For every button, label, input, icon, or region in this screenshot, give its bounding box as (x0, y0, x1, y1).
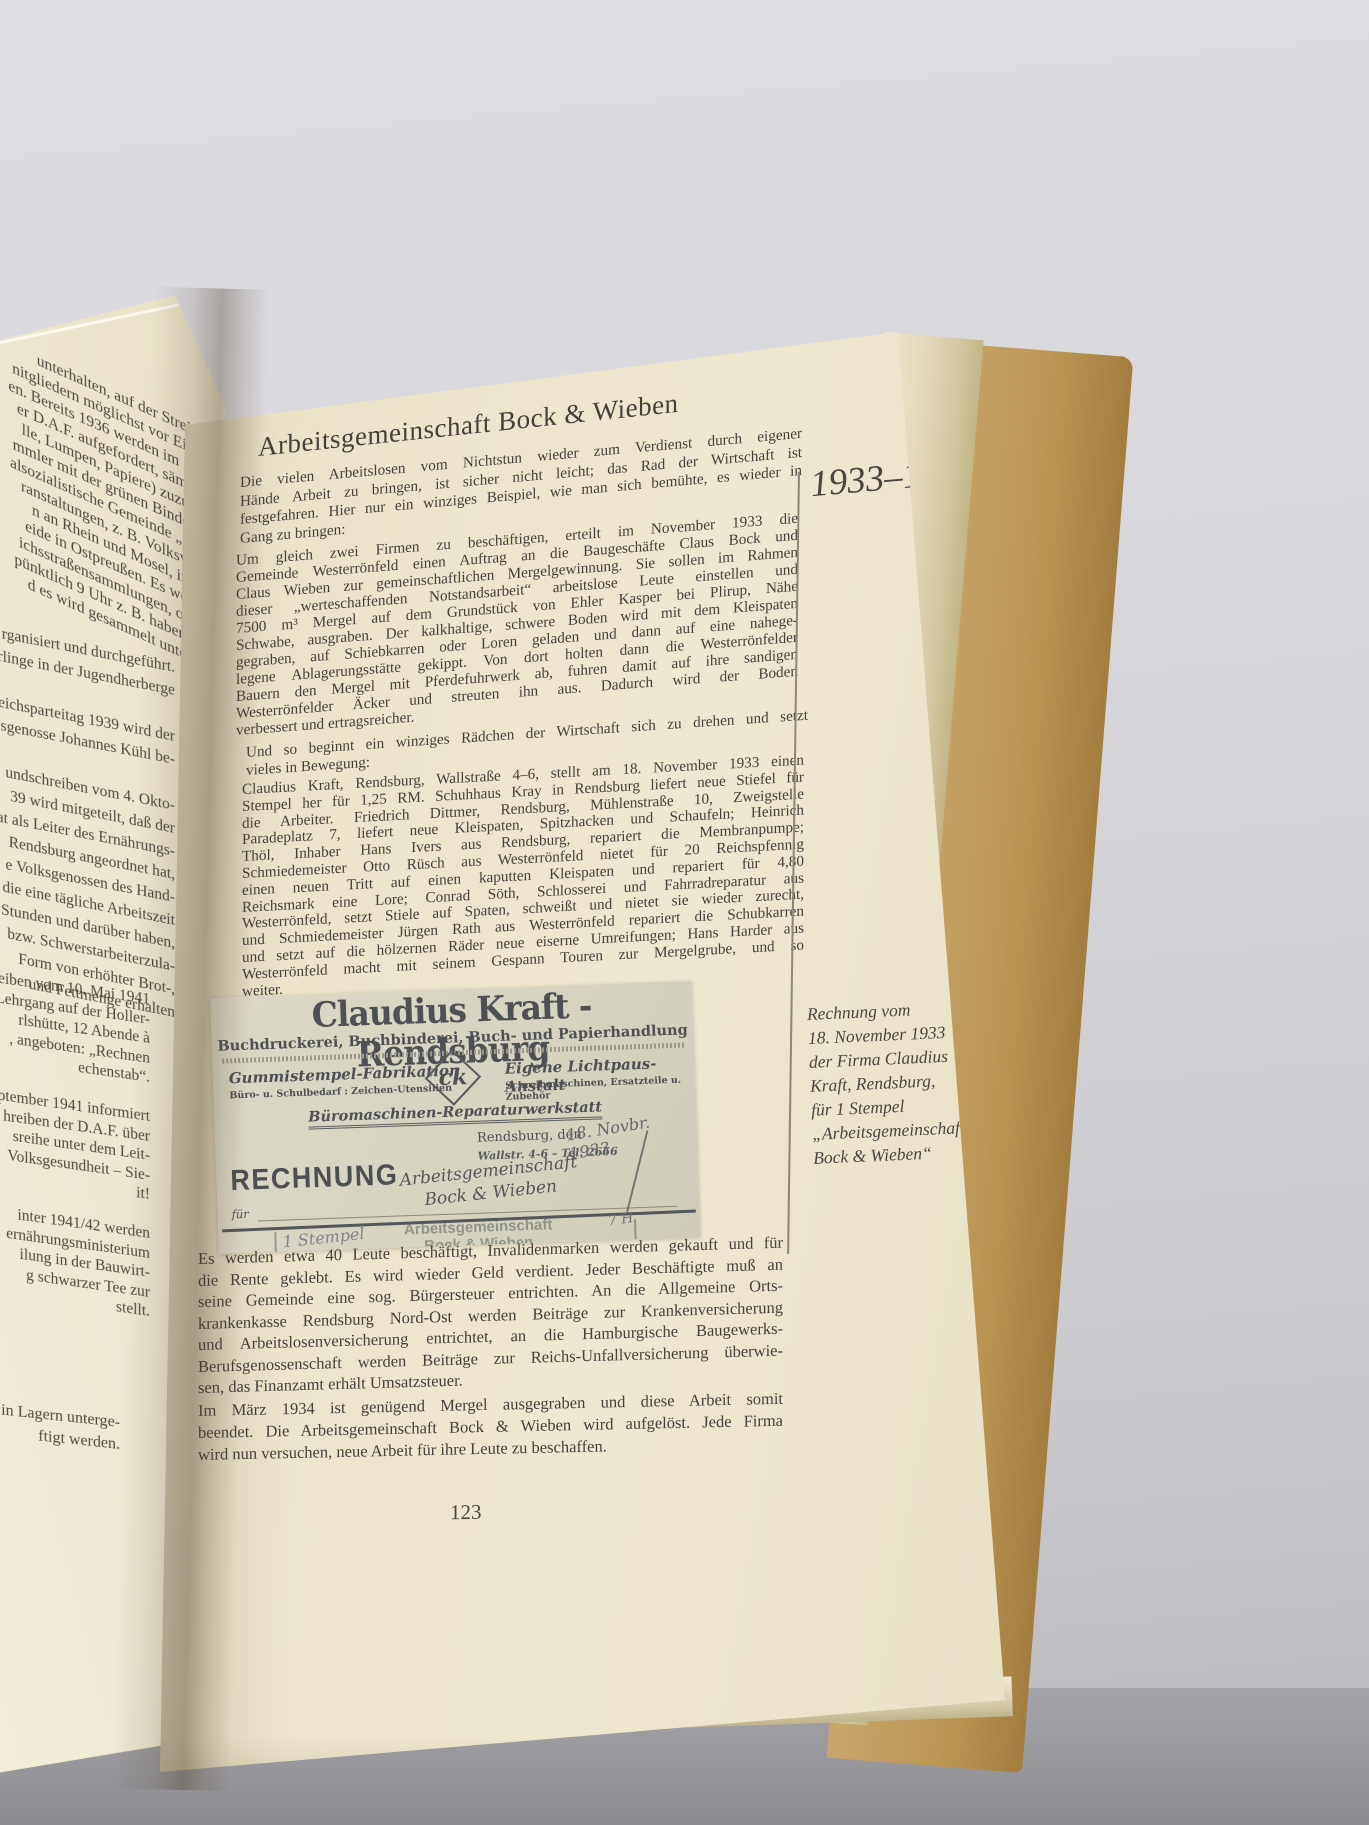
left-page-text-fragment: eiben vom 10. Mai 1941 Lehrgang auf der … (0, 949, 150, 1321)
invoice-service-center-label: Büromaschinen-Reparaturwerkstatt (308, 1098, 603, 1129)
paragraph: Es werden etwa 40 Leute beschäftigt, Inv… (198, 1232, 783, 1399)
ck-monogram-letters: ck (434, 1059, 471, 1096)
page-number: 123 (450, 1500, 482, 1526)
book-photo: { "colors": { "page_paper": "#ece5ca", "… (0, 0, 1369, 1825)
left-page-text-fragment: rganisiert und durchgeführt. hrlinge in … (0, 600, 175, 1024)
paragraph-body: Es werden etwa 40 Leute beschäftigt, Inv… (198, 1232, 783, 1377)
invoice-for-label: für (231, 1207, 249, 1222)
paragraph-body: Claudius Kraft, Rendsburg, Wallstraße 4–… (242, 753, 804, 984)
right-page: Arbeitsgemeinschaft Bock & Wieben Die vi… (150, 320, 1040, 1795)
paragraph: Claudius Kraft, Rendsburg, Wallstraße 4–… (242, 753, 804, 1001)
page-edge-highlight (0, 301, 191, 347)
invoice-customer: Arbeitsgemeinschaft Bock & Wieben (383, 1149, 596, 1215)
paragraph: Um gleich zwei Firmen zu beschäftigen, e… (236, 510, 798, 739)
invoice-figure: Claudius Kraft - Rendsburg Buchdruckerei… (210, 981, 701, 1254)
left-page-text-fragment: in Lagern unterge- ftigt werden. (0, 1382, 120, 1456)
invoice-doc-title: RECHNUNG (230, 1158, 399, 1197)
invoice-handwritten-mark: 7 H (607, 1210, 635, 1229)
paragraph: Im März 1934 ist genügend Mergel ausgegr… (198, 1388, 783, 1466)
